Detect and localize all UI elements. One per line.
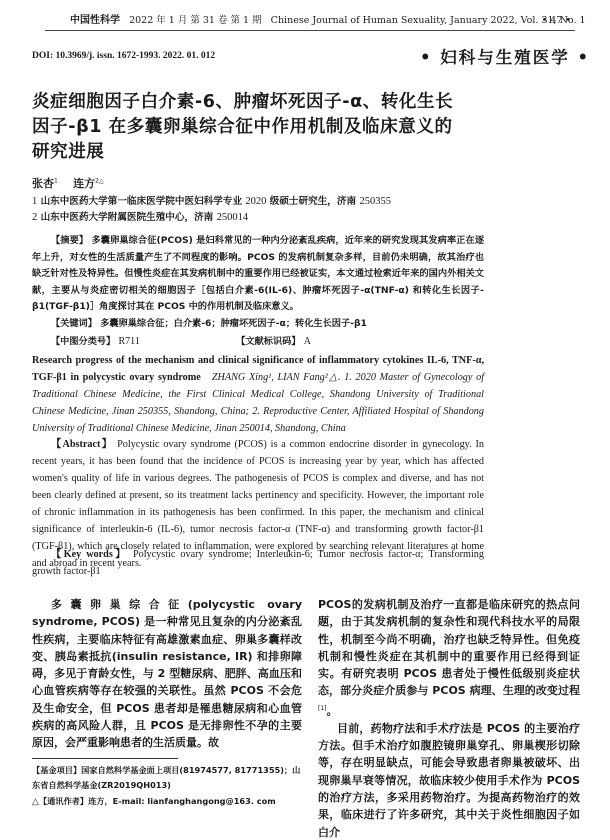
footnote-divider [32,758,178,759]
body-paragraph: 多囊卵巢综合征(polycystic ovary syndrome, PCOS)… [32,598,302,749]
doc-code-value: A [304,336,311,347]
abstract-cn-label: 【摘要】 [51,235,88,246]
article-title: 炎症细胞因子白介素-6、肿瘤坏死因子-α、转化生长 因子-β1 在多囊卵巢综合征… [32,90,502,165]
keywords-cn-label: 【关键词】 [51,318,97,329]
body-column-left: 多囊卵巢综合征(polycystic ovary syndrome, PCOS)… [32,596,302,752]
keywords-cn-text: 多囊卵巢综合征；白介素-6；肿瘤坏死因子-α；转化生长因子-β1 [100,318,367,329]
corresponding-mark: △ [32,796,39,806]
authors: 张杏1 连方2△ [32,175,104,191]
author-1-affil: 1 [54,177,58,184]
body-paragraph: PCOS的发病机制及治疗一直都是临床研究的热点问题，由于其发病机制的复杂性和现代… [318,596,580,720]
doi: DOI: 10.3969/j. issn. 1672-1993. 2022. 0… [32,51,215,61]
corresponding-label: 【通讯作者】 [39,796,88,806]
english-authors: ZHANG Xing¹, LIAN Fang²△. [212,372,341,383]
issue-info-cn: 2022 年 1 月 第 31 卷 第 1 期 [129,15,262,26]
journal-name-cn: 中国性科学 [70,15,120,26]
corresponding-text: 连方，E-mail: lianfanghangong@163. com [88,796,276,806]
english-title-block: Research progress of the mechanism and c… [32,352,484,437]
section-heading: • 妇科与生殖医学 • [420,44,590,68]
keywords-en-label: 【Key words】 [51,549,128,560]
clc-value: R711 [119,336,140,347]
running-head: 中国性科学 2022 年 1 月 第 31 卷 第 1 期 Chinese Jo… [45,14,575,31]
footnote-fund: 【基金项目】国家自然科学基金面上项目(81974577, 81771355)；山… [32,763,302,793]
author-2: 连方 [73,177,95,190]
footnote-corresponding: △【通讯作者】连方，E-mail: lianfanghangong@163. c… [32,794,302,809]
author-2-affil: 2△ [95,177,103,184]
abstract-en-label: 【Abstract】 [51,439,113,450]
fund-label: 【基金项目】 [32,765,81,775]
page-number: • 47 • [542,14,571,28]
affiliation-1: 1 山东中医药大学第一临床医学院中医妇科学专业 2020 级硕士研究生，济南 2… [32,193,391,207]
doc-code-label: 【文献标识码】 [236,336,300,347]
clc-label: 【中图分类号】 [51,336,115,347]
body-paragraph: 目前，药物疗法和手术疗法是 PCOS 的主要治疗方法。但手术治疗如腹腔镜卵巢穿孔… [318,720,580,840]
keywords-en: 【Key words】 Polycystic ovary syndrome; I… [32,546,484,580]
journal-name-en: Chinese Journal of Human Sexuality, Janu… [271,15,586,26]
citation-ref[interactable]: [1] [318,705,327,712]
keywords-cn: 【关键词】 多囊卵巢综合征；白介素-6；肿瘤坏死因子-α；转化生长因子-β1 [32,316,484,333]
author-1: 张杏 [32,177,54,190]
abstract-cn: 【摘要】 多囊卵巢综合征(PCOS) 是妇科常见的一种内分泌紊乱疾病，近年来的研… [32,233,484,316]
classification: 【中图分类号】 R711 【文献标识码】 A [32,334,484,351]
abstract-cn-text: 多囊卵巢综合征(PCOS) 是妇科常见的一种内分泌紊乱疾病，近年来的研究发现其发… [32,235,484,312]
title-line: 炎症细胞因子白介素-6、肿瘤坏死因子-α、转化生长 [32,90,502,115]
body-column-right: PCOS的发病机制及治疗一直都是临床研究的热点问题，由于其发病机制的复杂性和现代… [318,596,580,840]
title-line: 研究进展 [32,140,502,165]
affiliation-2: 2 山东中医药大学附属医院生殖中心，济南 250014 [32,209,248,223]
title-line: 因子-β1 在多囊卵巢综合征中作用机制及临床意义的 [32,115,502,140]
